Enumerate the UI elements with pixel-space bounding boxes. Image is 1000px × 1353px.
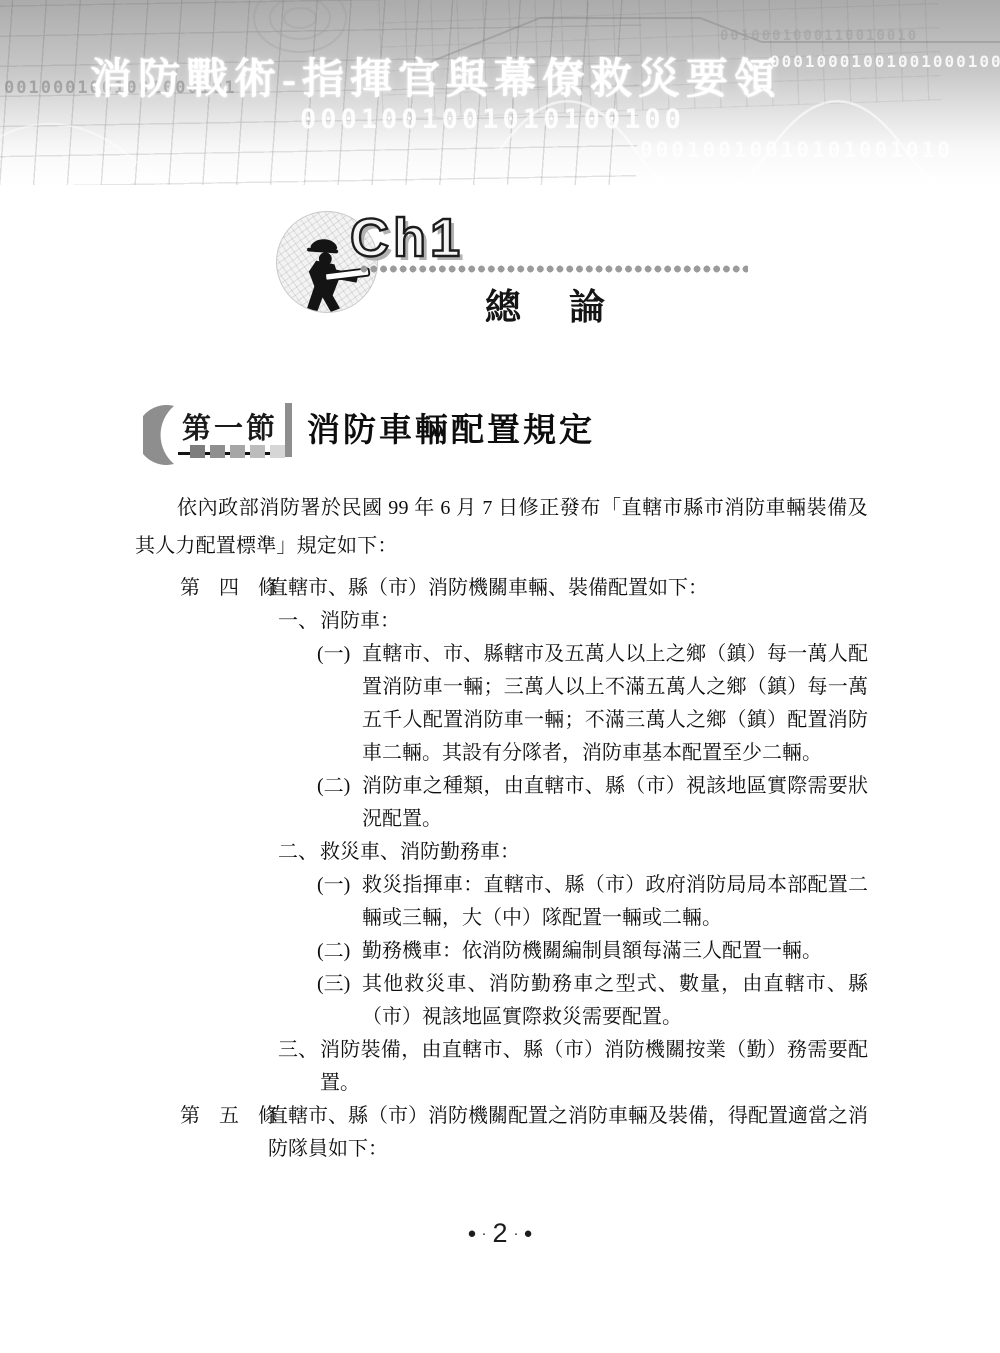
- section-divider-bar: [285, 403, 292, 457]
- list-item-level2-text: 消防車之種類，由直轄市、縣（市）視該地區實際需要狀況配置。: [362, 770, 868, 836]
- list-item-level1-label: 一、: [278, 605, 318, 638]
- section-header: 第一節 消防車輛配置規定: [143, 398, 863, 470]
- list-item-level1-text: 救災車、消防勤務車：: [320, 836, 868, 869]
- list-item-level2-label: (三): [317, 968, 350, 1001]
- footer-dot-right: ●: [524, 1226, 533, 1241]
- list-item-level2-text: 其他救災車、消防勤務車之型式、數量，由直轄市、縣（市）視該地區實際救災需要配置。: [362, 968, 868, 1034]
- article-text: 直轄市、縣（市）消防機關配置之消防車輛及裝備，得配置適當之消防隊員如下：: [268, 1100, 868, 1166]
- article-text: 直轄市、縣（市）消防機關車輛、裝備配置如下：: [268, 572, 868, 605]
- list-item-level1-text: 消防裝備，由直轄市、縣（市）消防機關按業（勤）務需要配置。: [320, 1034, 868, 1100]
- list-item-level1: 三、消防裝備，由直轄市、縣（市）消防機關按業（勤）務需要配置。: [268, 1034, 868, 1100]
- article: 第 四 條直轄市、縣（市）消防機關車輛、裝備配置如下：一、消防車：(一)直轄市、…: [135, 572, 868, 1100]
- book-title: 消防戰術-指揮官與幕僚救災要領: [90, 46, 782, 106]
- list-item-level2-label: (二): [317, 770, 350, 803]
- page-number: 2: [491, 1220, 508, 1247]
- list-item-level1-label: 二、: [278, 836, 318, 869]
- crescent-moon-icon: [143, 404, 183, 466]
- section-marker-square: [190, 445, 205, 458]
- list-item-level1-text: 消防車：: [320, 605, 868, 638]
- page-footer: ● · 2 · ●: [0, 1220, 1000, 1247]
- section-marker-squares: [190, 445, 285, 458]
- footer-dot-left: ●: [467, 1226, 476, 1241]
- list-item-level2: (二)勤務機車：依消防機關編制員額每滿三人配置一輛。: [320, 935, 868, 968]
- list-item-level2-label: (一): [317, 869, 350, 902]
- list-item-level1: 一、消防車：(一)直轄市、市、縣轄市及五萬人以上之鄉（鎮）每一萬人配置消防車一輛…: [268, 605, 868, 836]
- article-number: 第 五 條: [180, 1100, 285, 1133]
- header-banner: 0010001001001000101 0010001000110010010 …: [0, 0, 1000, 185]
- section-marker-square: [210, 445, 225, 458]
- articles-container: 第 四 條直轄市、縣（市）消防機關車輛、裝備配置如下：一、消防車：(一)直轄市、…: [135, 572, 868, 1166]
- list-item-level1: 二、救災車、消防勤務車：(一)救災指揮車：直轄市、縣（市）政府消防局局本部配置二…: [268, 836, 868, 1034]
- footer-sep-right: ·: [514, 1226, 519, 1241]
- list-item-level2-label: (一): [317, 638, 350, 671]
- list-item-level2-text: 勤務機車：依消防機關編制員額每滿三人配置一輛。: [362, 935, 868, 968]
- dotted-divider: [360, 265, 748, 273]
- article-number: 第 四 條: [180, 572, 285, 605]
- section-marker-square: [270, 445, 285, 458]
- list-item-level2: (一)直轄市、市、縣轄市及五萬人以上之鄉（鎮）每一萬人配置消防車一輛；三萬人以上…: [320, 638, 868, 770]
- list-item-level2: (一)救災指揮車：直轄市、縣（市）政府消防局局本部配置二輛或三輛，大（中）隊配置…: [320, 869, 868, 935]
- section-marker-square: [230, 445, 245, 458]
- article: 第 五 條直轄市、縣（市）消防機關配置之消防車輛及裝備，得配置適當之消防隊員如下…: [135, 1100, 868, 1166]
- chapter-header: Ch1 總 論: [268, 205, 768, 335]
- list-item-level2-text: 直轄市、市、縣轄市及五萬人以上之鄉（鎮）每一萬人配置消防車一輛；三萬人以上不滿五…: [362, 638, 868, 770]
- list-item-level2: (二)消防車之種類，由直轄市、縣（市）視該地區實際需要狀況配置。: [320, 770, 868, 836]
- page-content: 依內政部消防署於民國 99 年 6 月 7 日修正發布「直轄市縣市消防車輛裝備及…: [135, 489, 868, 1166]
- list-item-level2-label: (二): [317, 935, 350, 968]
- list-item-level2: (三)其他救災車、消防勤務車之型式、數量，由直轄市、縣（市）視該地區實際救災需要…: [320, 968, 868, 1034]
- footer-sep-left: ·: [481, 1226, 486, 1241]
- list-item-level2-text: 救災指揮車：直轄市、縣（市）政府消防局局本部配置二輛或三輛，大（中）隊配置一輛或…: [362, 869, 868, 935]
- list-item-level1-label: 三、: [278, 1034, 318, 1067]
- chapter-title: 總 論: [418, 279, 678, 330]
- section-marker-square: [250, 445, 265, 458]
- intro-paragraph: 依內政部消防署於民國 99 年 6 月 7 日修正發布「直轄市縣市消防車輛裝備及…: [135, 489, 868, 565]
- section-title: 消防車輛配置規定: [307, 404, 595, 451]
- chapter-code: Ch1: [350, 207, 464, 269]
